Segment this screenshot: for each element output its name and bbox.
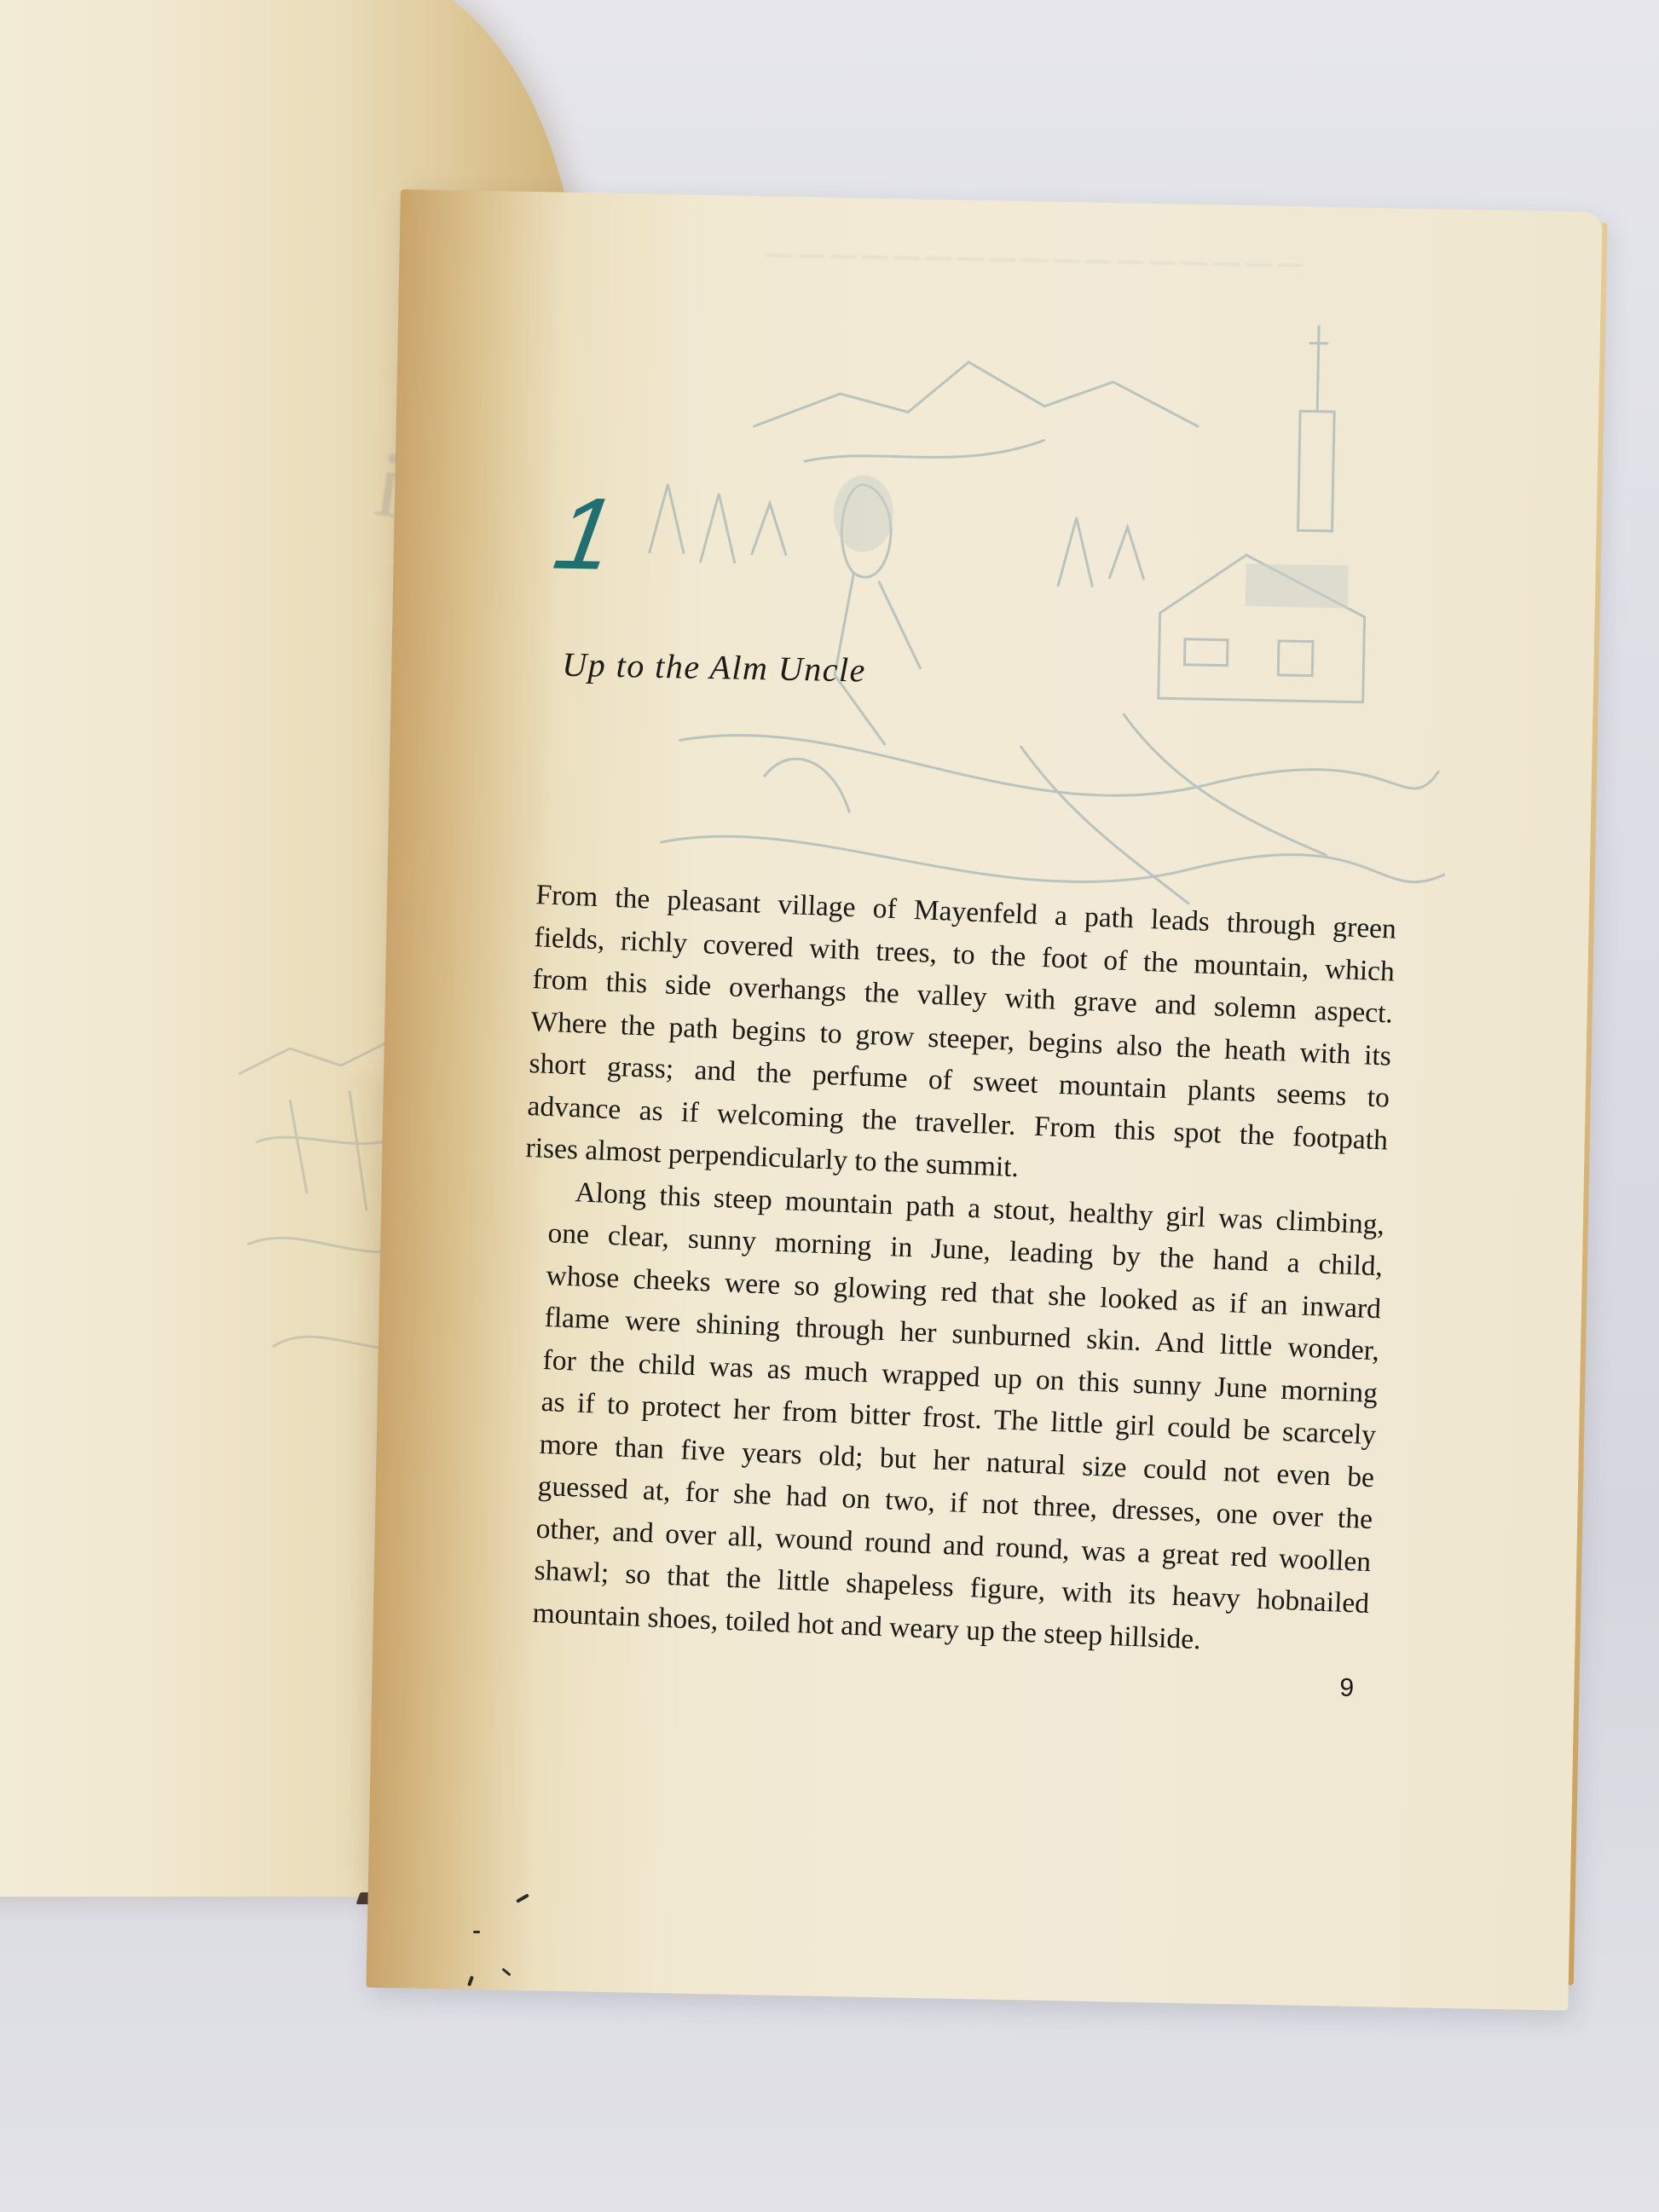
debris-speck [473,1931,480,1933]
paragraph: From the pleasant village of Mayenfeld a… [525,874,1397,1204]
chapter-body-text: From the pleasant village of Mayenfeld a… [506,874,1397,1667]
chapter-title: Up to the Alm Uncle [562,644,866,690]
page-number: 9 [1339,1673,1354,1702]
mountain-village-illustration-icon [591,296,1455,960]
bleed-through-illustration [591,296,1455,960]
paragraph: Along this steep mountain path a stout, … [506,1169,1385,1667]
right-page: — — — — — — — — — — — — — — — — — [366,189,1602,2011]
bleed-through-text: — — — — — — — — — — — — — — — — — [450,224,1303,286]
